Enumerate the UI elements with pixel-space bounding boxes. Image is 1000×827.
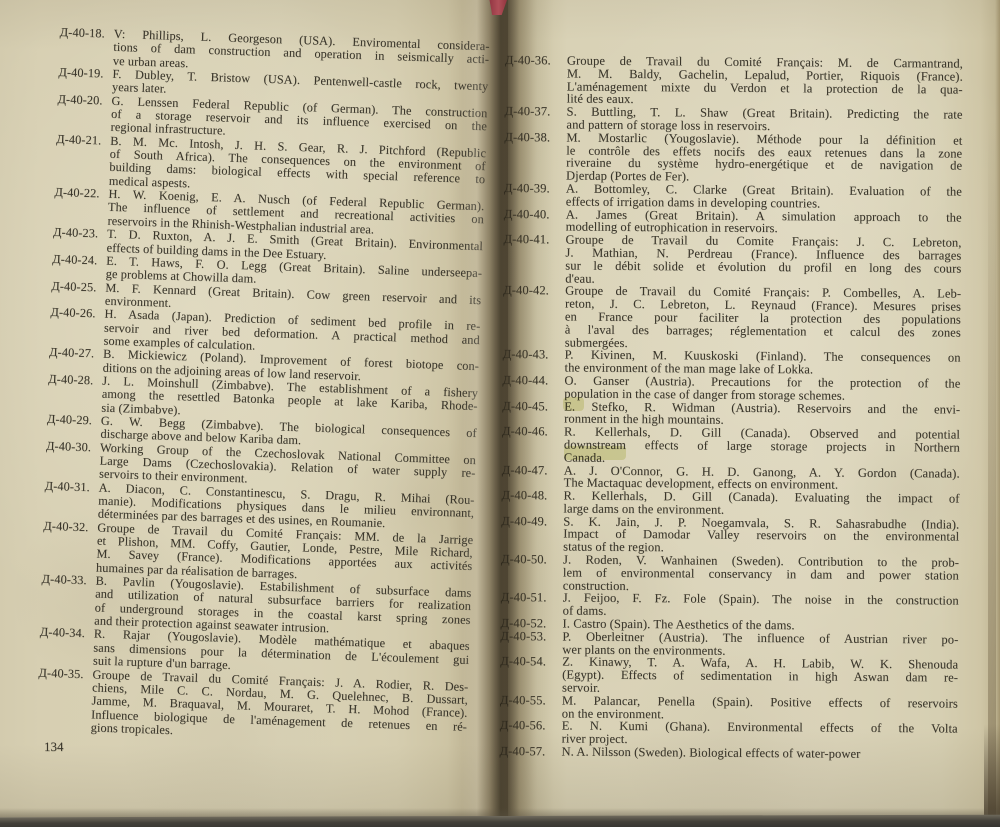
entry-id: Д-40-35.: [38, 666, 92, 681]
entry-text: Groupe de Travail du Comité Français: M.…: [567, 54, 963, 108]
entry-id: Д-40-30.: [46, 439, 100, 454]
entry-id: Д-40-42.: [503, 284, 565, 297]
catalog-entry: Д-40-41.Groupe de Travail du Comite Fran…: [503, 233, 961, 288]
entry-id: Д-40-46.: [502, 425, 564, 438]
page-number-left: 134: [44, 739, 64, 755]
entry-id: Д-40-57.: [499, 745, 561, 758]
entry-id: Д-40-32.: [43, 519, 97, 534]
entry-text: O. Ganser (Austria). Precautions for the…: [564, 374, 960, 403]
left-page: Д-40-18.V: Phillips, L. Georgeson (USA).…: [0, 0, 508, 827]
entry-id: Д-40-53.: [500, 630, 562, 643]
entry-text: Groupe de Travail du Comité Français: P.…: [565, 285, 961, 352]
entry-text: M. Mostarlic (Yougoslavie). Méthode pour…: [566, 131, 962, 185]
catalog-entry: Д-40-36.Groupe de Travail du Comité Fran…: [505, 54, 963, 109]
entry-id: Д-40-34.: [40, 626, 94, 641]
entry-id: Д-40-47.: [502, 463, 564, 476]
entry-id: Д-40-18.: [60, 26, 114, 41]
entry-id: Д-40-43.: [503, 348, 565, 361]
entry-text: S. K. Jain, J. P. Noegamvala, S. R. Saha…: [563, 515, 959, 556]
entry-text-line: sur le débit solide et évolution du prof…: [565, 259, 961, 275]
entry-text: Groupe de Travail du Comite Français: J.…: [565, 234, 961, 288]
entry-id: Д-40-23.: [53, 226, 107, 241]
entry-id: Д-40-22.: [54, 186, 108, 201]
entry-id: Д-40-40.: [504, 208, 566, 221]
entry-id: Д-40-54.: [500, 655, 562, 668]
entry-id: Д-40-51.: [501, 591, 563, 604]
entry-id: Д-40-49.: [501, 515, 563, 528]
catalog-entry: Д-40-42.Groupe de Travail du Comité Fran…: [503, 284, 961, 352]
entry-id: Д-40-29.: [47, 413, 101, 428]
entry-id: Д-40-39.: [504, 182, 566, 195]
entry-id: Д-40-48.: [501, 489, 563, 502]
entry-text: Z. Kinawy, T. A. Wafa, A. H. Labib, W. K…: [562, 656, 958, 697]
entry-text: Groupe de Travail du Comité Français: J.…: [91, 668, 469, 747]
entry-id: Д-40-36.: [505, 54, 567, 67]
entry-id: Д-40-31.: [45, 479, 99, 494]
entry-id: Д-40-55.: [500, 694, 562, 707]
table-edge: [0, 815, 1000, 827]
entry-id: Д-40-38.: [504, 131, 566, 144]
entry-text: R. Kellerhals, D. Gill (Canada). Observe…: [564, 426, 960, 467]
catalog-entry: Д-40-38.M. Mostarlic (Yougoslavie). Méth…: [504, 131, 962, 186]
entry-id: Д-40-20.: [57, 93, 111, 108]
entry-id: Д-40-27.: [49, 346, 103, 361]
catalog-entry: Д-40-46.R. Kellerhals, D. Gill (Canada).…: [502, 425, 960, 467]
entry-text-line: downstream effects of large storage proj…: [564, 438, 960, 454]
entry-text: J. Roden, V. Wanhainen (Sweden). Contrib…: [563, 554, 959, 595]
entry-id: Д-40-56.: [500, 719, 562, 732]
entry-id: Д-40-28.: [48, 373, 102, 388]
entry-id: Д-40-45.: [502, 400, 564, 413]
entry-id: Д-40-41.: [503, 233, 565, 246]
book-spread: Д-40-18.V: Phillips, L. Georgeson (USA).…: [0, 0, 1000, 827]
catalog-entry: Д-40-35.Groupe de Travail du Comité Fran…: [37, 666, 469, 747]
entry-id: Д-40-37.: [504, 105, 566, 118]
entry-id: Д-40-33.: [41, 573, 95, 588]
left-page-entry-list: Д-40-18.V: Phillips, L. Georgeson (USA).…: [37, 26, 490, 747]
entry-text: A. Bottomley, C. Clarke (Great Britain).…: [566, 182, 962, 211]
entry-id: Д-40-19.: [58, 66, 112, 81]
entry-id: Д-40-50.: [501, 553, 563, 566]
catalog-entry: Д-40-50.J. Roden, V. Wanhainen (Sweden).…: [501, 553, 959, 595]
right-page-entry-list: Д-40-36.Groupe de Travail du Comité Fran…: [499, 54, 963, 761]
entry-id: Д-40-25.: [51, 279, 105, 294]
entry-id: Д-40-24.: [52, 253, 106, 268]
catalog-entry: Д-40-49.S. K. Jain, J. P. Noegamvala, S.…: [501, 515, 959, 557]
entry-id: Д-40-44.: [502, 374, 564, 387]
catalog-entry: Д-40-54.Z. Kinawy, T. A. Wafa, A. H. Lab…: [500, 655, 958, 697]
entry-id: Д-40-21.: [56, 133, 110, 148]
entry-id: Д-40-26.: [50, 306, 104, 321]
